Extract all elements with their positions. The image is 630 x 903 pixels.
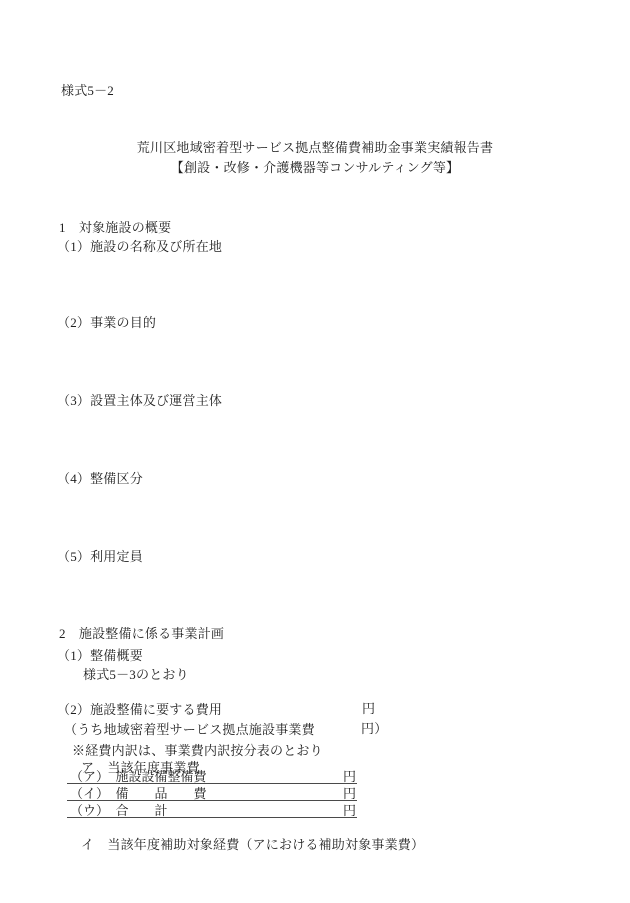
- expense-row-unit: 円: [343, 804, 357, 817]
- cost-sub-label: （うち地域密着型サービス拠点施設事業費: [64, 723, 315, 736]
- expense-table: （ア） 施設設備整備費 円 （イ） 備 品 費 円 （ウ） 合 計 円: [67, 770, 357, 821]
- capacity-item: （5）利用定員: [57, 550, 143, 563]
- cost-sub-unit: 円）: [361, 722, 387, 735]
- document-title: 荒川区地域密着型サービス拠点整備費補助金事業実績報告書: [0, 141, 630, 154]
- document-page: 様式5－2 荒川区地域密着型サービス拠点整備費補助金事業実績報告書 【創設・改修…: [0, 0, 630, 903]
- form-code: 様式5－2: [61, 84, 114, 97]
- section2-heading: 2 施設整備に係る事業計画: [59, 627, 224, 640]
- cost-unit: 円: [362, 702, 375, 715]
- operator-item: （3）設置主体及び運営主体: [57, 394, 222, 407]
- breakdown-note: ※経費内訳は、事業費内訳按分表のとおり: [72, 744, 323, 757]
- expense-row-facility: （ア） 施設設備整備費 円: [67, 770, 357, 784]
- sub-i-heading: イ 当該年度補助対象経費（アにおける補助対象事業費）: [81, 838, 424, 851]
- overview-note: 様式5－3のとおり: [83, 668, 189, 681]
- facility-name-item: （1）施設の名称及び所在地: [57, 240, 222, 253]
- business-purpose-item: （2）事業の目的: [57, 316, 156, 329]
- expense-row-label: （イ） 備 品 費: [67, 787, 207, 800]
- document-subtitle: 【創設・改修・介護機器等コンサルティング等】: [0, 161, 630, 174]
- cost-label: （2）施設整備に要する費用: [57, 703, 222, 716]
- expense-row-unit: 円: [343, 787, 357, 800]
- expense-row-total: （ウ） 合 計 円: [67, 804, 357, 818]
- expense-row-unit: 円: [343, 770, 357, 783]
- maintenance-category-item: （4）整備区分: [57, 472, 143, 485]
- expense-row-label: （ウ） 合 計: [67, 804, 168, 817]
- expense-row-label: （ア） 施設設備整備費: [67, 770, 207, 783]
- overview-label: （1）整備概要: [57, 649, 143, 662]
- expense-row-equipment: （イ） 備 品 費 円: [67, 787, 357, 801]
- section1-heading: 1 対象施設の概要: [59, 221, 171, 234]
